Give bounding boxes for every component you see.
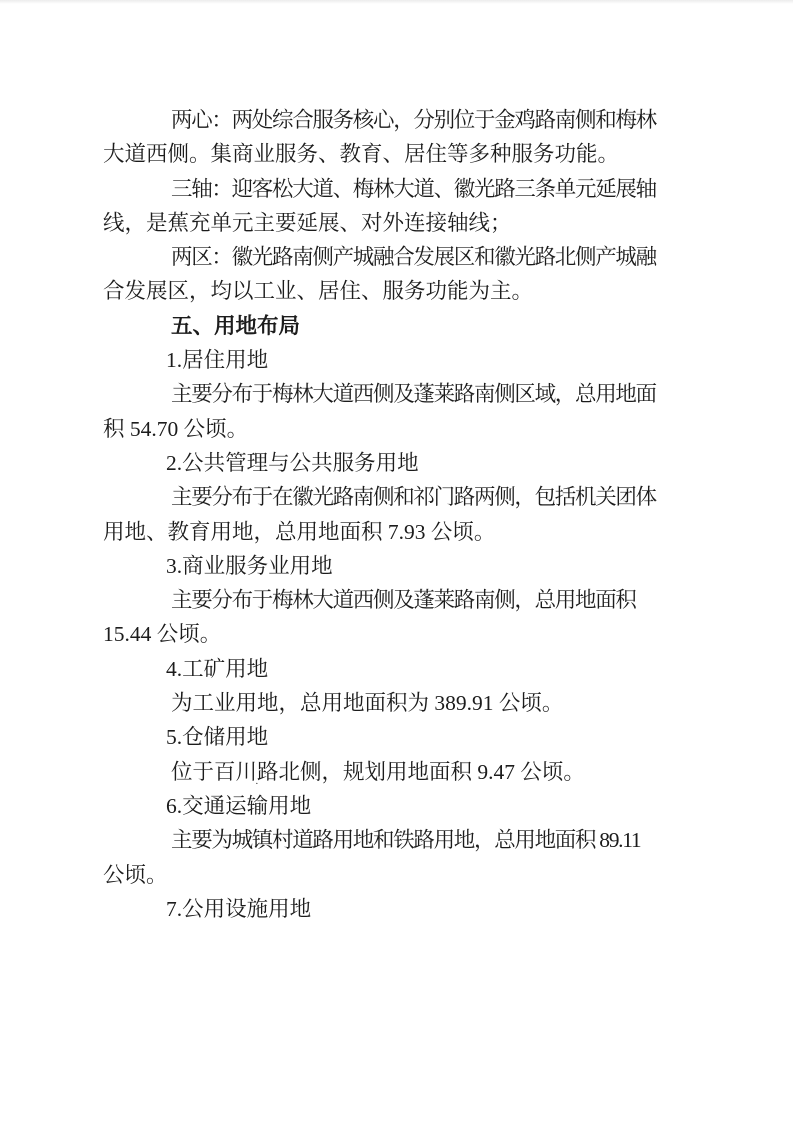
text-line: 积 54.70 公顷。	[103, 412, 660, 446]
text-line: 两心：两处综合服务核心，分别位于金鸡路南侧和梅林	[103, 103, 660, 137]
text-line: 主要分布于在徽光路南侧和祁门路两侧，包括机关团体	[103, 480, 660, 514]
text-line: 合发展区，均以工业、居住、服务功能为主。	[103, 274, 660, 308]
stray-dot-artifact: ·	[255, 779, 259, 790]
text-line: 用地、教育用地，总用地面积 7.93 公顷。	[103, 515, 660, 549]
text-line: 6.交通运输用地	[103, 789, 660, 823]
text-line: 主要分布于梅林大道西侧及蓬莱路南侧，总用地面积	[103, 583, 660, 617]
text-line: 主要分布于梅林大道西侧及蓬莱路南侧区域，总用地面	[103, 377, 660, 411]
text-line: 三轴：迎客松大道、梅林大道、徽光路三条单元延展轴	[103, 172, 660, 206]
text-line: 3.商业服务业用地	[103, 549, 660, 583]
text-line: 4.工矿用地	[103, 652, 660, 686]
text-line: 线，是蕉充单元主要延展、对外连接轴线；	[103, 206, 660, 240]
section-heading: 五、用地布局	[103, 309, 660, 343]
text-line: 7.公用设施用地	[103, 892, 660, 926]
text-line: 2.公共管理与公共服务用地	[103, 446, 660, 480]
text-line: 主要为城镇村道路用地和铁路用地，总用地面积 89.11	[103, 823, 660, 857]
text-line: 15.44 公顷。	[103, 617, 660, 651]
text-line: 为工业用地，总用地面积为 389.91 公顷。	[103, 686, 660, 720]
page-top-edge-shadow	[0, 0, 793, 4]
text-line: 两区：徽光路南侧产城融合发展区和徽光路北侧产城融	[103, 240, 660, 274]
document-lines: 两心：两处综合服务核心，分别位于金鸡路南侧和梅林大道西侧。集商业服务、教育、居住…	[103, 103, 660, 926]
text-line: 位于百川路北侧，规划用地面积 9.47 公顷。	[103, 755, 660, 789]
text-line: 5.仓储用地	[103, 720, 660, 754]
text-line: 公顷。	[103, 858, 660, 892]
text-line: 1.居住用地	[103, 343, 660, 377]
document-page: 两心：两处综合服务核心，分别位于金鸡路南侧和梅林大道西侧。集商业服务、教育、居住…	[0, 0, 793, 1122]
text-line: 大道西侧。集商业服务、教育、居住等多种服务功能。	[103, 137, 660, 171]
